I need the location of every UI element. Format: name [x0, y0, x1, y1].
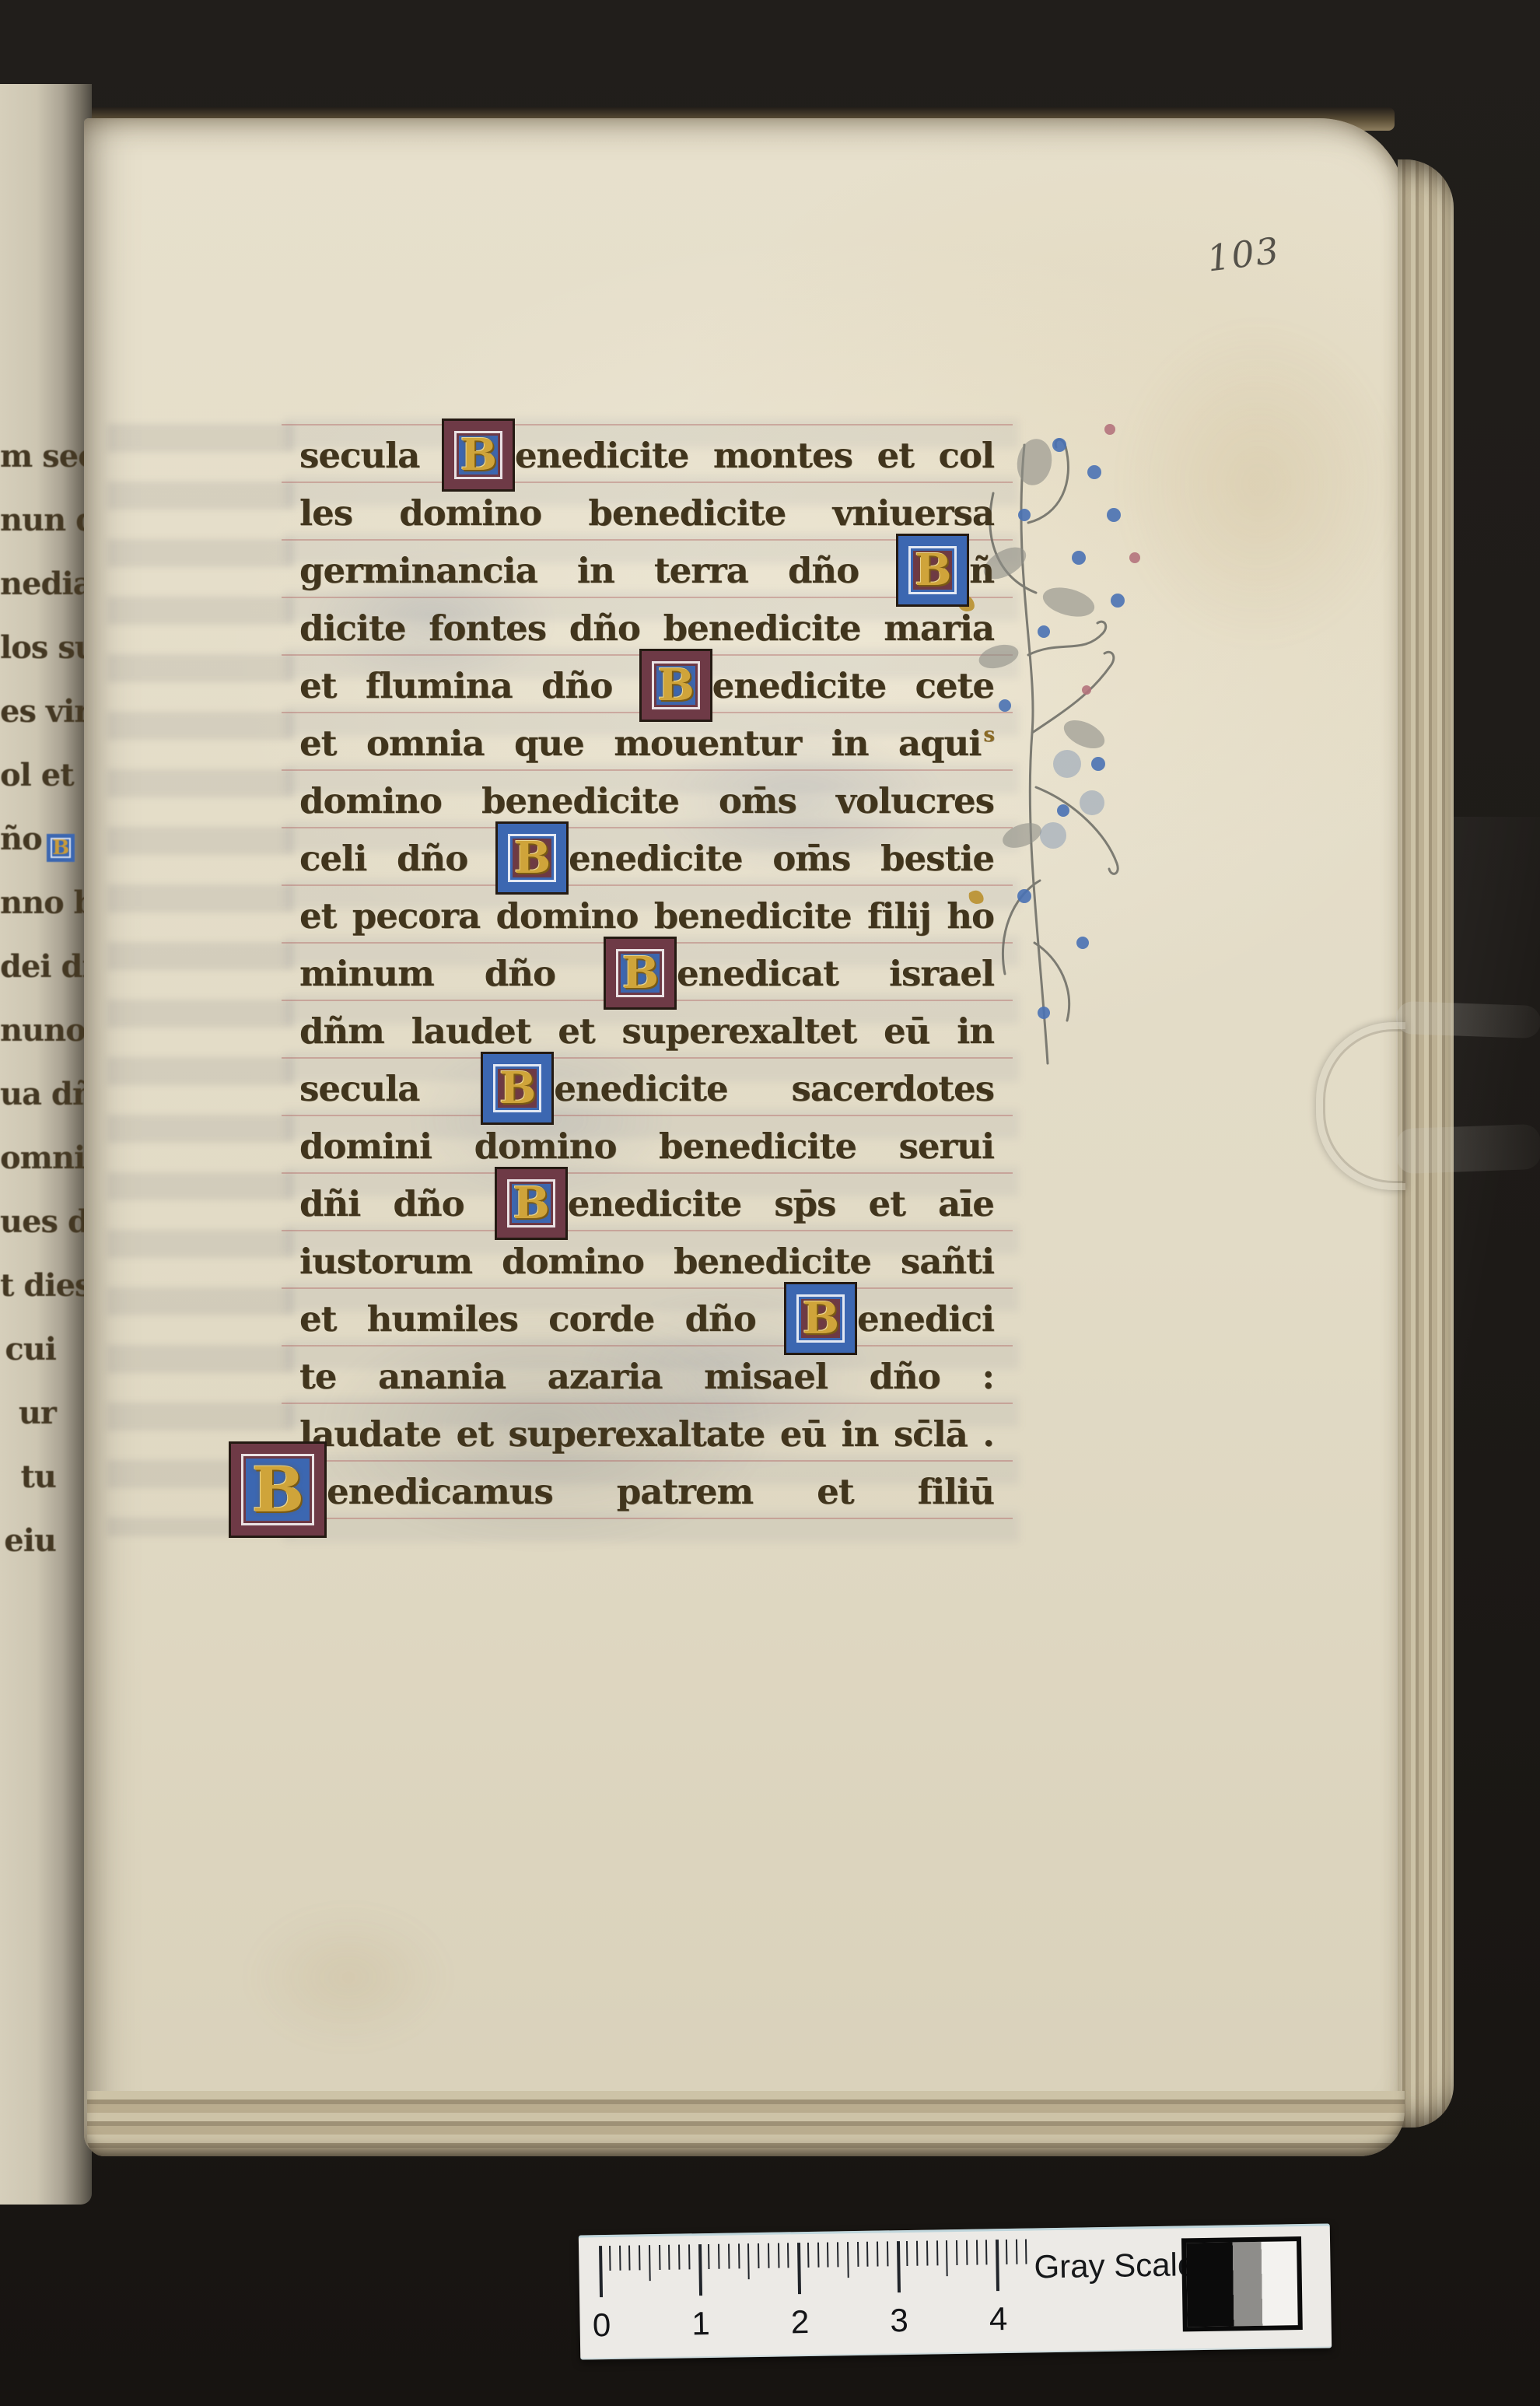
word: aīe — [938, 1183, 994, 1224]
ruler-tick — [866, 2242, 869, 2267]
word: dñi — [299, 1183, 360, 1224]
manuscript-line: iustorumdominobenedicitesañti — [299, 1232, 994, 1290]
ruler-number: 2 — [784, 2303, 816, 2341]
word: superexaltate — [508, 1413, 765, 1455]
ruler-tick — [926, 2241, 929, 2266]
word: dño — [393, 1183, 464, 1224]
manuscript-line: minumdñoBenedicatisrael — [299, 944, 994, 1002]
word: ñ — [969, 550, 994, 591]
word: patrem — [617, 1471, 753, 1512]
illuminated-initial: B — [444, 421, 513, 489]
facing-page-fragment: ol et luna — [0, 744, 56, 807]
ruler-tick — [768, 2243, 770, 2268]
manuscript-line: celidñoBenediciteom̄sbestie — [299, 829, 994, 887]
word: domino — [299, 780, 442, 821]
facing-page-fragment: t dies — [0, 1254, 56, 1318]
word: dño — [485, 953, 555, 994]
word: sc̄lā — [894, 1413, 968, 1455]
initial-letter: B — [252, 1459, 304, 1521]
word: secula — [299, 1068, 419, 1109]
word: pecora — [352, 895, 480, 937]
initial-word-group: Benedicat — [606, 946, 838, 1000]
word: benedicite — [588, 492, 786, 534]
initial-word-group: Benedici — [786, 1291, 994, 1346]
word: et — [558, 1010, 594, 1052]
ruler-tick — [797, 2243, 801, 2294]
illuminated-initial: B — [497, 1169, 565, 1238]
ruler-tick — [896, 2241, 900, 2292]
facing-page-fragment: nun dño , — [0, 489, 56, 552]
facing-page-fragment: dei dño , — [0, 935, 56, 999]
word: enedicite — [515, 435, 688, 476]
word: sp̄s — [774, 1183, 835, 1224]
word: sacerdotes — [792, 1068, 994, 1109]
word: celi — [299, 838, 366, 879]
word: israel — [889, 953, 994, 994]
word: secula — [299, 435, 419, 476]
manuscript-line: dicitefontesdñobenedicitemaria — [299, 599, 994, 657]
word: dño — [397, 838, 467, 879]
initial-letter: B — [514, 836, 550, 880]
ruler-tick — [936, 2240, 938, 2265]
word: cete — [915, 665, 994, 706]
gray-scale-label: Gray Scale — [1034, 2246, 1195, 2285]
facing-page-text-fragments: m secula .nun dño ,nediatlos sutes virtu… — [0, 84, 92, 1573]
show-through-ghost-text — [107, 424, 294, 1536]
word: et — [817, 1471, 853, 1512]
ruler-tick — [975, 2240, 978, 2265]
word: et — [877, 435, 914, 476]
manuscript-line: ethumilescordedñoBenedici — [299, 1290, 994, 1347]
facing-page-edge: m secula .nun dño ,nediatlos sutes virtu… — [0, 84, 92, 2205]
word: eū — [884, 1010, 929, 1052]
manuscript-line: laudateetsuperexaltateeūinsc̄lā. — [299, 1405, 994, 1462]
facing-page-fragment: los sut — [0, 616, 56, 680]
word: om̄s — [772, 838, 850, 879]
ruler-numbers: 01234 — [579, 2223, 1330, 2235]
word: benedicite — [674, 1241, 871, 1282]
word: dicite — [299, 608, 405, 649]
word: domino — [474, 1126, 617, 1167]
manuscript-line: dominidominobenediciteserui — [299, 1117, 994, 1175]
facing-page-fragment: ues di — [0, 1190, 56, 1254]
initial-word-group: Benedicite — [642, 658, 886, 713]
facing-page-fragment: nediat — [0, 552, 56, 616]
facing-page-fragment: nuno . — [0, 999, 56, 1063]
word: et — [456, 1413, 492, 1455]
clip-reflection — [1395, 1124, 1540, 1174]
word: enedicamus — [327, 1471, 553, 1512]
ruler-number: 0 — [586, 2306, 618, 2345]
word: mouentur — [614, 723, 801, 764]
ruler-tick — [1006, 2240, 1008, 2264]
initial-letter: B — [915, 548, 950, 592]
word: flumina — [366, 665, 513, 706]
ruler-tick — [1015, 2240, 1017, 2264]
initial-word-group: Benedicite — [483, 1061, 727, 1115]
bottom-edge-page-stack — [87, 2091, 1405, 2156]
illuminated-initial: B — [898, 536, 967, 604]
facing-page-fragment: ñoB — [0, 807, 56, 871]
ruler-tick — [609, 2246, 611, 2271]
manuscript-line: teananiaazariamisaeldño: — [299, 1347, 994, 1405]
word: dño — [541, 665, 612, 706]
word: dño — [870, 1356, 940, 1397]
ruler-tick — [856, 2242, 859, 2267]
word: eū — [780, 1413, 826, 1455]
initial-word-group: Bñ — [898, 543, 994, 597]
manuscript-line: germinanciainterradñoBñ — [299, 541, 994, 599]
manuscript-line: seculaBenedicitesacerdotes — [299, 1059, 994, 1117]
word: azaria — [548, 1356, 663, 1397]
word: domino — [399, 492, 541, 534]
ruler-tick — [847, 2242, 849, 2278]
manuscript-line: seculaBenedicitemontesetcol — [299, 426, 994, 484]
parchment-stain — [1118, 320, 1398, 647]
facing-page-fragment: nno be — [0, 871, 56, 935]
word: benedicite — [654, 895, 852, 937]
word: humiles — [367, 1298, 518, 1340]
word: om̄s — [719, 780, 796, 821]
ruler-tick — [718, 2244, 720, 2269]
word: minum — [299, 953, 434, 994]
manuscript-line: etomniaquemouenturinaquis — [299, 714, 994, 772]
ruler-tick — [837, 2242, 839, 2267]
word: dño — [788, 550, 859, 591]
word: in — [957, 1010, 994, 1052]
ruler-tick — [887, 2241, 889, 2266]
ruler-tick — [906, 2241, 908, 2266]
word: filiū — [918, 1471, 994, 1512]
word: et — [299, 723, 336, 764]
word: domino — [502, 1241, 644, 1282]
manuscript-line: lesdominobenedicitevniuersa — [299, 484, 994, 541]
illuminated-initial: B — [498, 824, 566, 892]
word: domino — [495, 895, 638, 937]
initial-word-group: Benedicite — [444, 428, 688, 482]
clip-reflection — [1395, 1001, 1540, 1038]
ruler-tick — [956, 2240, 958, 2265]
ruler-tick — [916, 2241, 919, 2266]
word: terra — [654, 550, 748, 591]
word: enedicat — [677, 953, 838, 994]
gray-scale-patch — [1181, 2236, 1303, 2331]
facing-page-fragment: ua dño — [0, 1063, 56, 1126]
ruler-tick — [599, 2246, 603, 2297]
word: bestie — [880, 838, 994, 879]
ruler-tick — [747, 2243, 750, 2279]
ruler-tick — [777, 2243, 779, 2268]
word: enedicite — [568, 1183, 741, 1224]
illuminated-initial: B — [786, 1284, 855, 1353]
facing-page-fragment: es virtutes — [0, 680, 56, 744]
word: aquis — [898, 723, 994, 764]
word: vniuersa — [832, 492, 994, 534]
word: anania — [378, 1356, 506, 1397]
initial-letter: B — [460, 433, 496, 477]
word: et — [299, 665, 336, 706]
text-block: seculaBenedicitemontesetcollesdominobene… — [299, 426, 994, 1520]
ruler-tick — [946, 2240, 948, 2276]
word: te — [299, 1356, 336, 1397]
ruler-tick — [877, 2242, 879, 2267]
word: et — [299, 895, 336, 937]
ruler-tick — [758, 2243, 760, 2268]
ruler-tick — [827, 2243, 829, 2268]
word: germinancia — [299, 550, 537, 591]
ruler-number: 4 — [982, 2300, 1014, 2338]
manuscript-line: etpecoradominobenedicitefilijho — [299, 887, 994, 944]
word: les — [299, 492, 352, 534]
word: filij — [867, 895, 931, 937]
facing-page-fragment: omnia . — [0, 1126, 56, 1190]
word: superexaltet — [621, 1010, 856, 1052]
word: enedici — [857, 1298, 994, 1340]
word: volucres — [836, 780, 994, 821]
initial-word-group: Benedicite — [498, 831, 742, 885]
word: enedicite — [712, 665, 886, 706]
initial-word-group: Benedicite — [497, 1176, 741, 1231]
parchment-stain — [247, 1907, 450, 2047]
word: serui — [899, 1126, 995, 1167]
ruler-tick — [659, 2245, 661, 2270]
word: dño — [685, 1298, 756, 1340]
ruler-tick — [807, 2243, 810, 2268]
ruler-tick — [688, 2244, 691, 2269]
illuminated-initial: B — [231, 1444, 324, 1536]
word: benedicite — [659, 1126, 856, 1167]
facing-page-fragment: eiu — [0, 1509, 56, 1573]
ruler-tick — [1025, 2240, 1027, 2264]
word: enedicite — [569, 838, 742, 879]
word: in — [577, 550, 614, 591]
word: benedicite — [481, 780, 679, 821]
word: sañti — [901, 1241, 994, 1282]
initial-letter: B — [513, 1182, 549, 1225]
ruler-tick — [728, 2244, 730, 2269]
ruler-tick — [996, 2240, 999, 2291]
word: que — [514, 723, 584, 764]
word: enedicite — [554, 1068, 727, 1109]
calibration-card: 01234 Gray Scale — [579, 2223, 1332, 2359]
word: et — [869, 1183, 905, 1224]
ruler-tick — [817, 2243, 819, 2268]
manuscript-line: dominobenediciteom̄svolucres — [299, 772, 994, 829]
word: dñm — [299, 1010, 384, 1052]
ruler-tick — [708, 2244, 710, 2269]
manuscript-line: dñidñoBenedicitesp̄setaīe — [299, 1175, 994, 1232]
ruler-tick — [737, 2243, 740, 2268]
abbreviation-superscript: s — [983, 723, 994, 747]
word: montes — [713, 435, 852, 476]
ruler-tick — [698, 2244, 702, 2296]
word: maria — [884, 608, 994, 649]
facing-page-fragment: m secula . — [0, 425, 56, 489]
word: iustorum — [299, 1241, 472, 1282]
ruler-tick — [787, 2243, 789, 2268]
ruler-ticks — [579, 2223, 1330, 2235]
word: domini — [299, 1126, 432, 1167]
illuminated-initial: B — [606, 939, 674, 1007]
word: benedicite — [663, 608, 861, 649]
ruler-tick — [678, 2245, 681, 2270]
illuminated-initial: B — [483, 1054, 551, 1122]
ruler-tick — [639, 2245, 641, 2270]
word: misael — [704, 1356, 828, 1397]
word: fontes — [429, 608, 546, 649]
folio-number: 103 — [1205, 229, 1283, 279]
word: col — [938, 435, 994, 476]
illuminated-initial-small: B — [47, 834, 75, 862]
ruler-tick — [628, 2246, 631, 2271]
initial-word-group: Benedicamus — [299, 1462, 553, 1520]
word: : — [982, 1356, 994, 1397]
manuscript-line: etfluminadñoBenedicitecete — [299, 657, 994, 714]
word: dño — [569, 608, 640, 649]
word: . — [982, 1413, 994, 1455]
initial-letter: B — [499, 1066, 535, 1110]
ruler-tick — [668, 2245, 670, 2270]
ruler-number: 3 — [884, 2302, 915, 2340]
ruler-tick — [649, 2245, 651, 2281]
initial-letter: B — [622, 951, 658, 995]
word: ho — [947, 895, 994, 937]
word: corde — [548, 1298, 654, 1340]
facing-page-fragment: ur — [0, 1382, 56, 1445]
word: et — [299, 1298, 336, 1340]
manuscript-line: Benedicamuspatremetfiliū — [299, 1462, 994, 1520]
word: in — [831, 723, 869, 764]
facing-page-fragment: cui — [0, 1318, 56, 1382]
ruler-tick — [619, 2246, 621, 2271]
facing-page-fragment: tu — [0, 1445, 56, 1509]
illuminated-initial: B — [642, 651, 710, 720]
manuscript-line: dñmlaudetetsuperexalteteūin — [299, 1002, 994, 1059]
ruler-number: 1 — [685, 2305, 717, 2343]
word: laudet — [411, 1010, 531, 1052]
photograph-stage: m secula .nun dño ,nediatlos sutes virtu… — [0, 0, 1540, 2406]
ruler-tick — [985, 2240, 988, 2264]
initial-letter: B — [803, 1297, 838, 1340]
word: in — [842, 1413, 879, 1455]
initial-letter: B — [657, 664, 693, 707]
word: omnia — [366, 723, 485, 764]
ruler-tick — [966, 2240, 968, 2265]
